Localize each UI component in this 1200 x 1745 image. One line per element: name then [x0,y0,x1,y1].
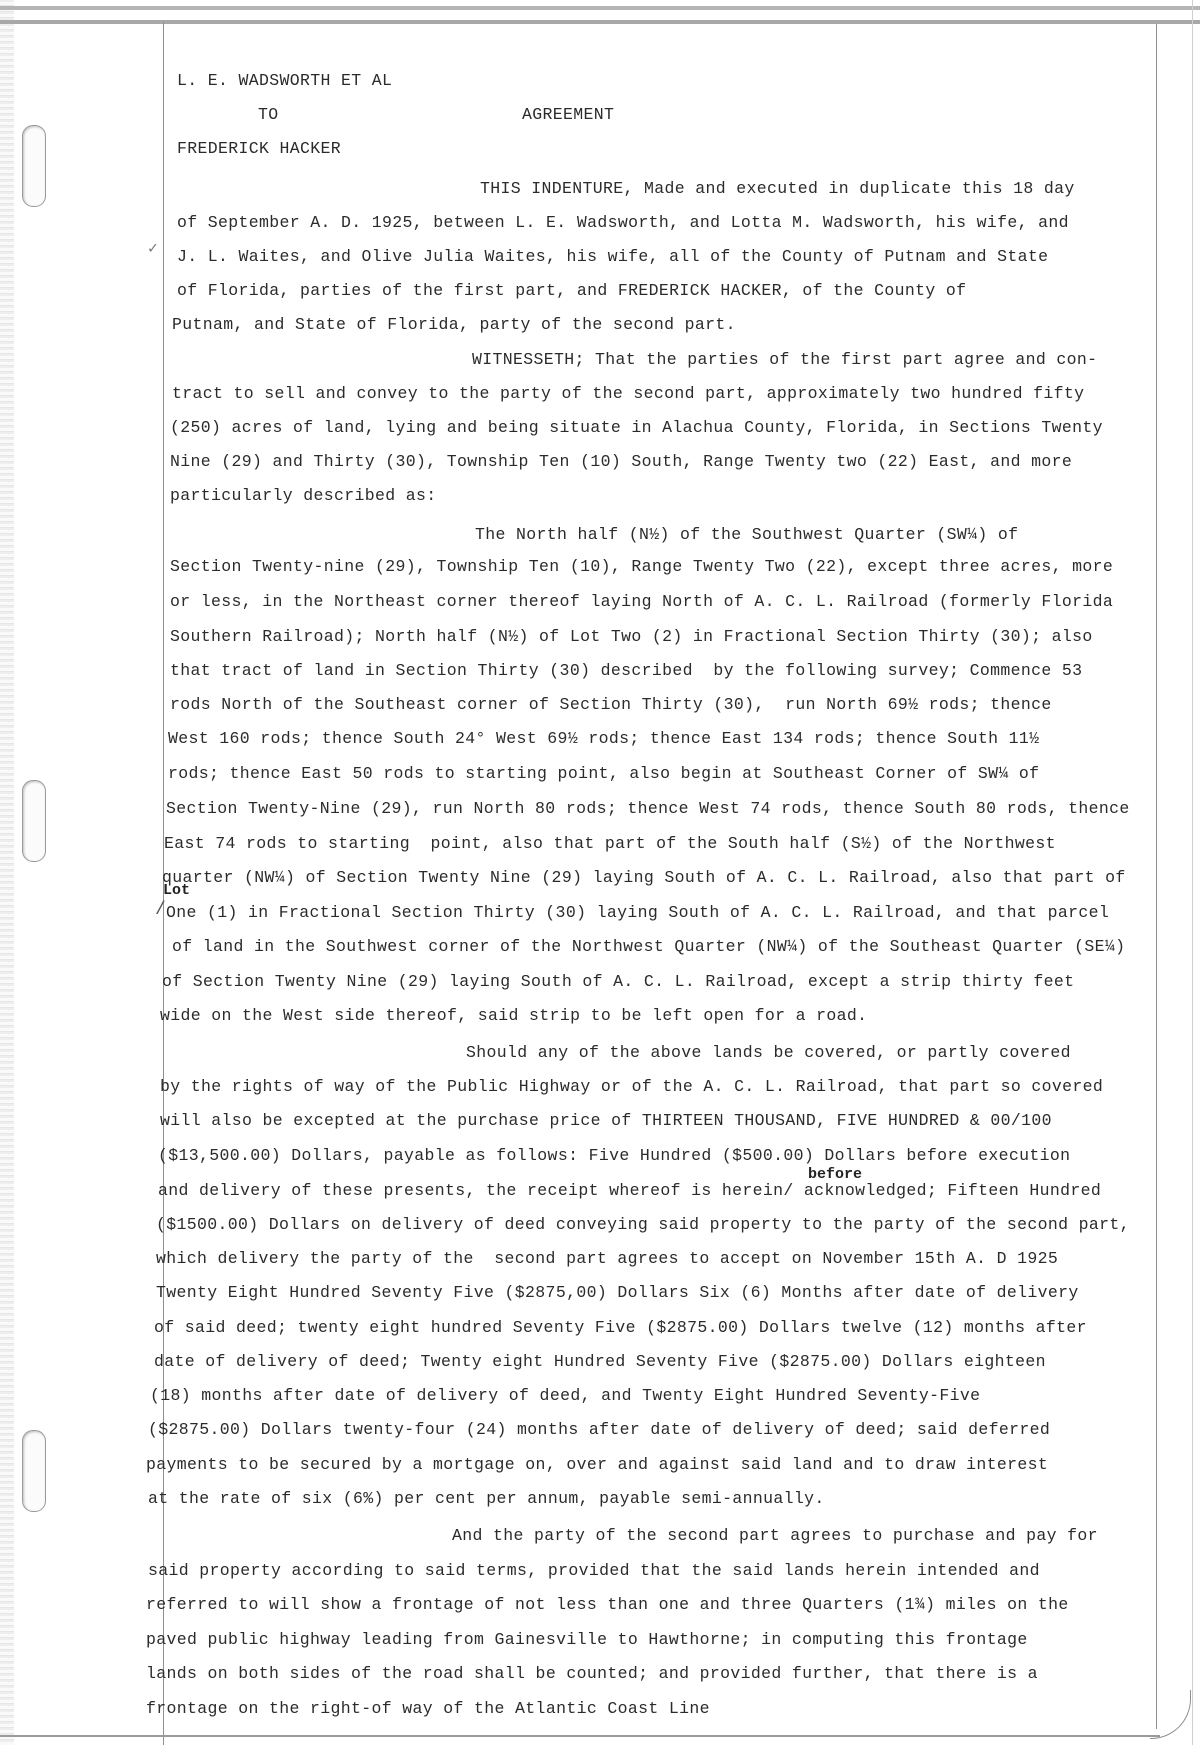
body-line: And the party of the second part agrees … [452,1526,1098,1545]
check-mark-icon: ✓ [148,238,158,258]
binder-hole [22,1430,46,1512]
body-line: of Florida, parties of the first part, a… [177,281,966,300]
page-edge-line [1192,0,1193,1745]
body-line: Section Twenty-nine (29), Township Ten (… [170,557,1113,576]
body-line: date of delivery of deed; Twenty eight H… [154,1352,1046,1371]
bottom-border-rule [0,1735,1160,1737]
body-line: quarter (NW¼) of Section Twenty Nine (29… [162,868,1126,887]
body-line: lands on both sides of the road shall be… [146,1664,1038,1683]
body-line: or less, in the Northeast corner thereof… [170,592,1113,611]
body-line: ($1500.00) Dollars on delivery of deed c… [156,1215,1130,1234]
top-border-rule [0,20,1200,24]
body-line: West 160 rods; thence South 24° West 69½… [168,729,1039,748]
to-label: TO [258,105,279,124]
body-line: J. L. Waites, and Olive Julia Waites, hi… [177,247,1048,266]
body-line: by the rights of way of the Public Highw… [160,1077,1103,1096]
interlinear-insertion-lot: Lot [163,882,190,899]
document-title: AGREEMENT [522,105,614,124]
page-corner [1150,1690,1191,1739]
body-line: at the rate of six (6%) per cent per ann… [148,1489,825,1508]
body-line: wide on the West side thereof, said stri… [160,1006,867,1025]
body-line: (18) months after date of delivery of de… [150,1386,980,1405]
body-line: WITNESSETH; That the parties of the firs… [472,350,1097,369]
body-line: will also be excepted at the purchase pr… [160,1111,1052,1130]
body-line: tract to sell and convey to the party of… [172,384,1084,403]
right-margin-line [1156,24,1157,1729]
body-line: rods; thence East 50 rods to starting po… [168,764,1039,783]
body-line: THIS INDENTURE, Made and executed in dup… [480,179,1075,198]
body-line: Twenty Eight Hundred Seventy Five ($2875… [156,1283,1079,1302]
body-line: Putnam, and State of Florida, party of t… [172,315,736,334]
body-line: frontage on the right-of way of the Atla… [146,1699,710,1718]
body-line: rods North of the Southeast corner of Se… [170,695,1052,714]
body-line: of said deed; twenty eight hundred Seven… [154,1318,1087,1337]
body-line: ($2875.00) Dollars twenty-four (24) mont… [148,1420,1050,1439]
binder-hole [22,125,46,207]
grantor-name: L. E. WADSWORTH ET AL [177,71,392,90]
body-line: One (1) in Fractional Section Thirty (30… [166,903,1109,922]
body-line: The North half (N½) of the Southwest Qua… [475,525,1018,544]
body-line: and delivery of these presents, the rece… [158,1181,1101,1200]
body-line: payments to be secured by a mortgage on,… [146,1455,1048,1474]
body-line: particularly described as: [170,486,437,505]
body-line: said property according to said terms, p… [148,1561,1040,1580]
grantee-name: FREDERICK HACKER [177,139,341,158]
scan-edge [0,0,14,1745]
body-line: paved public highway leading from Gaines… [146,1630,1028,1649]
body-line: Section Twenty-Nine (29), run North 80 r… [166,799,1130,818]
body-line: (250) acres of land, lying and being sit… [170,418,1103,437]
body-line: Should any of the above lands be covered… [466,1043,1071,1062]
body-line: East 74 rods to starting point, also tha… [164,834,1056,853]
body-line: of September A. D. 1925, between L. E. W… [177,213,1069,232]
body-line: that tract of land in Section Thirty (30… [170,661,1082,680]
body-line: Nine (29) and Thirty (30), Township Ten … [170,452,1072,471]
body-line: Southern Railroad); North half (N½) of L… [170,627,1093,646]
body-line: of Section Twenty Nine (29) laying South… [162,972,1074,991]
body-line: referred to will show a frontage of not … [146,1595,1069,1614]
binder-hole [22,780,46,862]
body-line: of land in the Southwest corner of the N… [172,937,1125,956]
slash-mark-icon: / [155,900,166,920]
body-line: ($13,500.00) Dollars, payable as follows… [158,1146,1070,1165]
body-line: which delivery the party of the second p… [156,1249,1058,1268]
top-border-rule [0,6,1200,10]
